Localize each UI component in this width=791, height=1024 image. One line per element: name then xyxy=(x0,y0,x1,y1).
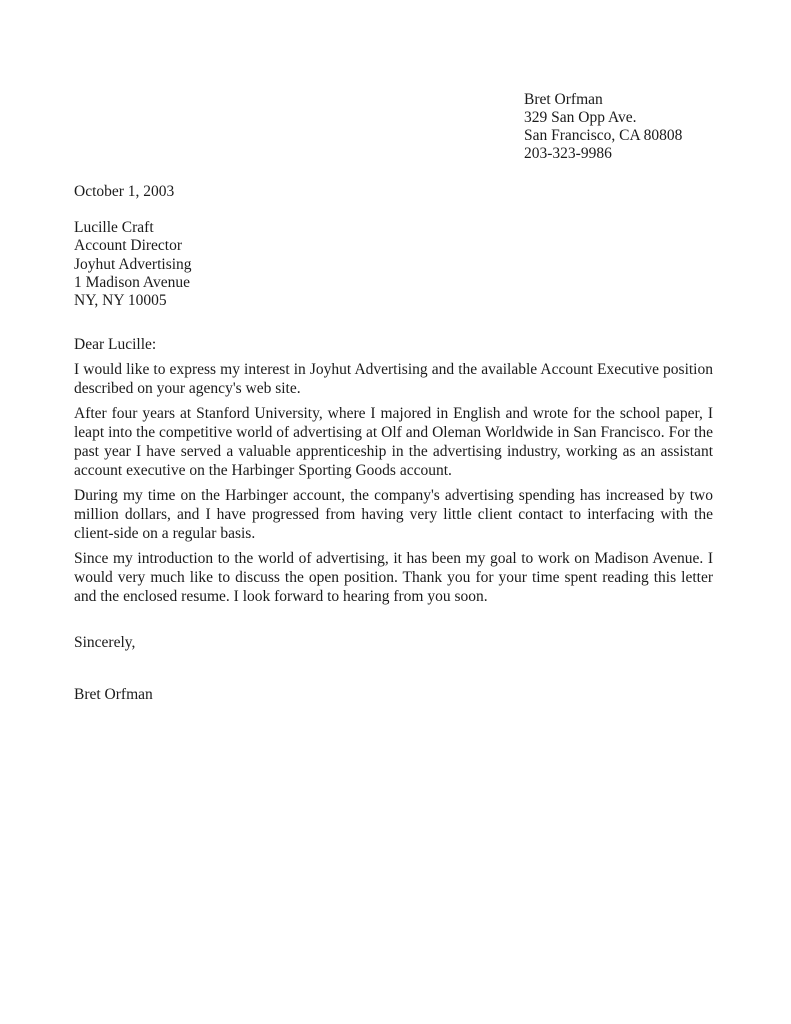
body-paragraph-3: During my time on the Harbinger account,… xyxy=(74,486,713,543)
sender-name: Bret Orfman xyxy=(524,91,713,109)
body-paragraph-2: After four years at Stanford University,… xyxy=(74,404,713,480)
letter-date: October 1, 2003 xyxy=(74,182,713,201)
sender-city-state-zip: San Francisco, CA 80808 xyxy=(524,127,713,145)
closing: Sincerely, xyxy=(74,633,713,652)
recipient-city-state-zip: NY, NY 10005 xyxy=(74,292,713,310)
letter-document: Bret Orfman 329 San Opp Ave. San Francis… xyxy=(0,0,791,1024)
salutation: Dear Lucille: xyxy=(74,335,713,354)
recipient-company: Joyhut Advertising xyxy=(74,256,713,274)
body-paragraph-1: I would like to express my interest in J… xyxy=(74,360,713,398)
sender-street: 329 San Opp Ave. xyxy=(524,109,713,127)
recipient-title: Account Director xyxy=(74,237,713,255)
signature-name: Bret Orfman xyxy=(74,685,713,704)
recipient-street: 1 Madison Avenue xyxy=(74,274,713,292)
recipient-name: Lucille Craft xyxy=(74,219,713,237)
sender-address-block: Bret Orfman 329 San Opp Ave. San Francis… xyxy=(524,91,713,163)
recipient-address-block: Lucille Craft Account Director Joyhut Ad… xyxy=(74,219,713,310)
sender-phone: 203-323-9986 xyxy=(524,145,713,163)
body-paragraph-4: Since my introduction to the world of ad… xyxy=(74,549,713,606)
